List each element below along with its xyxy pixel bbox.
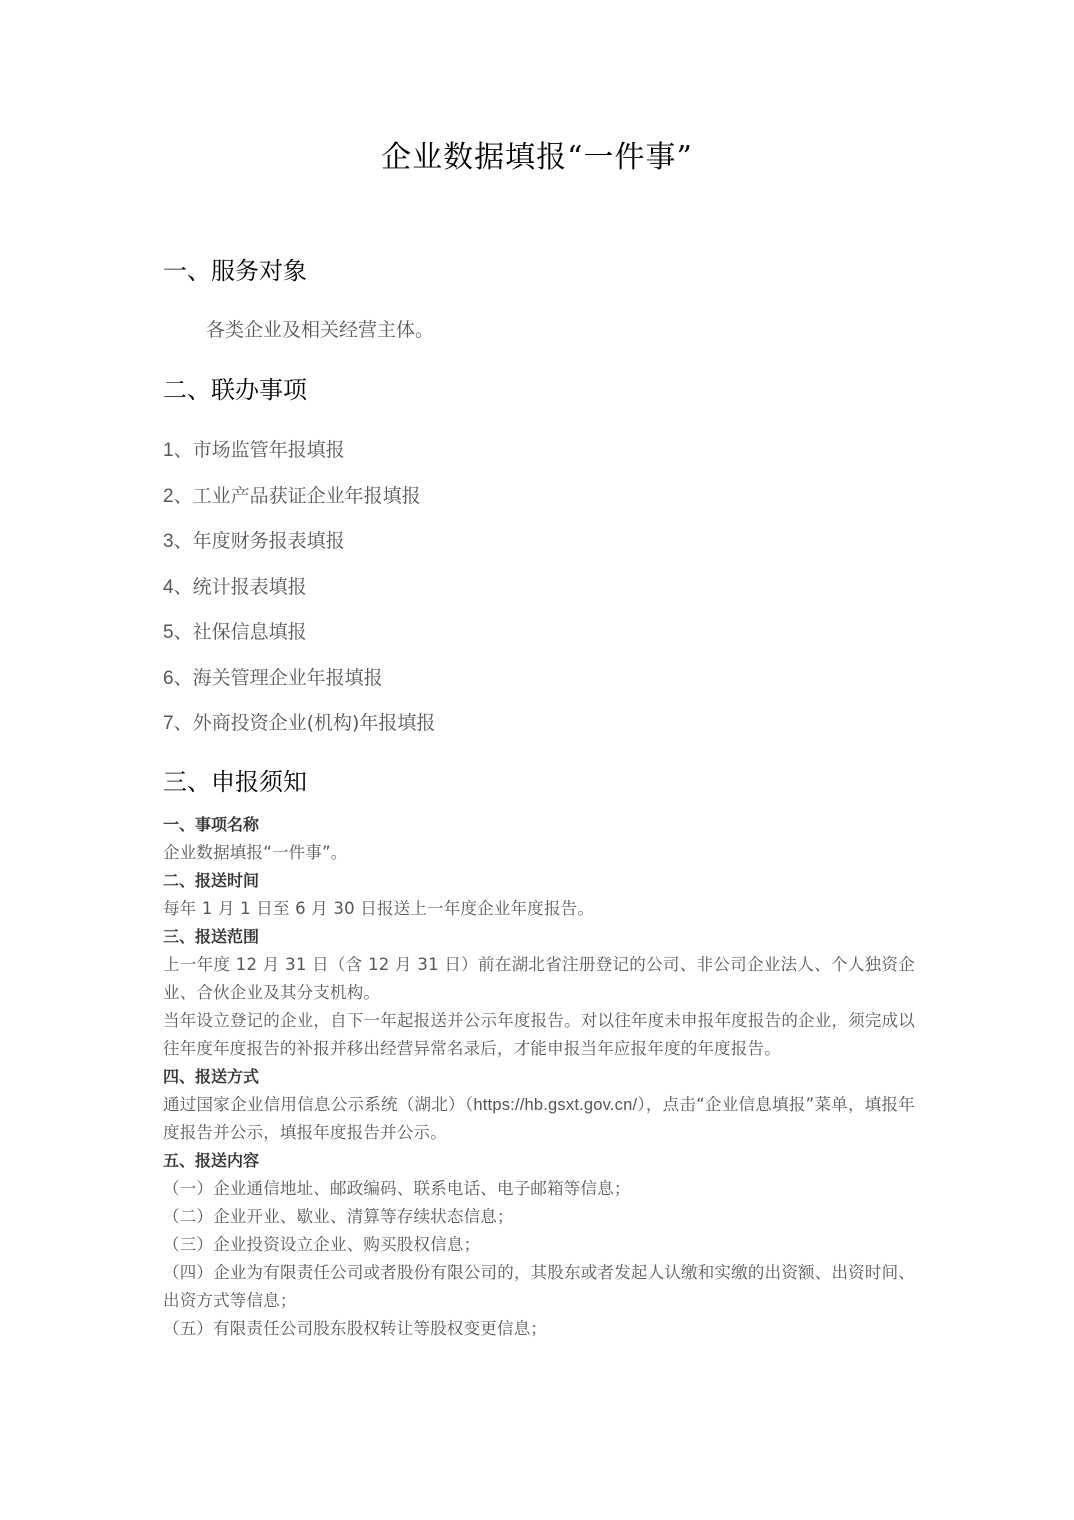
list-item-separator: 、 [174, 576, 193, 598]
list-item-label: 市场监管年报填报 [193, 439, 345, 461]
list-item: 3、年度财务报表填报 [163, 527, 435, 573]
subheading-item-name: 一、事项名称 [163, 811, 915, 839]
list-item: 6、海关管理企业年报填报 [163, 664, 435, 710]
list-item-separator: 、 [174, 712, 193, 734]
section-heading-notice: 三、申报须知 [163, 766, 307, 798]
list-item-separator: 、 [174, 667, 193, 689]
list-item: 4、统计报表填报 [163, 573, 435, 619]
content-item: （一）企业通信地址、邮政编码、联系电话、电子邮箱等信息； [163, 1175, 915, 1203]
list-item-number: 5 [163, 622, 174, 643]
section-heading-service-target: 一、服务对象 [163, 255, 307, 287]
submit-method-text-before: 通过国家企业信用信息公示系统（湖北）（ [163, 1095, 473, 1114]
content-item: （五）有限责任公司股东股权转让等股权变更信息； [163, 1315, 915, 1343]
service-target-text: 各类企业及相关经营主体。 [206, 316, 434, 344]
joint-items-list: 1、市场监管年报填报 2、工业产品获证企业年报填报 3、年度财务报表填报 4、统… [163, 436, 435, 755]
content-item: （四）企业为有限责任公司或者股份有限公司的，其股东或者发起人认缴和实缴的出资额、… [163, 1259, 915, 1315]
list-item-number: 4 [163, 577, 174, 598]
content-item: （三）企业投资设立企业、购买股权信息； [163, 1231, 915, 1259]
list-item-label: 工业产品获证企业年报填报 [193, 485, 421, 507]
submit-method-text: 通过国家企业信用信息公示系统（湖北）（https://hb.gsxt.gov.c… [163, 1091, 915, 1147]
list-item-number: 1 [163, 440, 174, 461]
submit-time-text: 每年 1 月 1 日至 6 月 30 日报送上一年度企业年度报告。 [163, 895, 915, 923]
list-item-label: 外商投资企业(机构)年报填报 [193, 712, 436, 734]
submit-scope-text-2: 当年设立登记的企业，自下一年起报送并公示年度报告。对以往年度未申报年度报告的企业… [163, 1007, 915, 1063]
list-item-separator: 、 [174, 530, 193, 552]
list-item-number: 7 [163, 713, 174, 734]
list-item-label: 年度财务报表填报 [193, 530, 345, 552]
list-item-number: 6 [163, 668, 174, 689]
subheading-submit-method: 四、报送方式 [163, 1063, 915, 1091]
list-item-label: 海关管理企业年报填报 [193, 667, 383, 689]
list-item-separator: 、 [174, 439, 193, 461]
notice-body: 一、事项名称 企业数据填报“一件事”。 二、报送时间 每年 1 月 1 日至 6… [163, 811, 915, 1343]
list-item-number: 3 [163, 531, 174, 552]
list-item-number: 2 [163, 486, 174, 507]
document-page: 企业数据填报“一件事” 一、服务对象 各类企业及相关经营主体。 二、联办事项 1… [0, 0, 1074, 1520]
list-item: 7、外商投资企业(机构)年报填报 [163, 709, 435, 755]
subheading-submit-content: 五、报送内容 [163, 1147, 915, 1175]
subheading-submit-time: 二、报送时间 [163, 867, 915, 895]
list-item: 1、市场监管年报填报 [163, 436, 435, 482]
submit-scope-text-1: 上一年度 12 月 31 日（含 12 月 31 日）前在湖北省注册登记的公司、… [163, 951, 915, 1007]
list-item-separator: 、 [174, 621, 193, 643]
list-item-separator: 、 [174, 485, 193, 507]
list-item: 2、工业产品获证企业年报填报 [163, 482, 435, 528]
section-heading-joint-items: 二、联办事项 [163, 374, 307, 406]
item-name-text: 企业数据填报“一件事”。 [163, 839, 915, 867]
list-item: 5、社保信息填报 [163, 618, 435, 664]
content-item: （二）企业开业、歇业、清算等存续状态信息； [163, 1203, 915, 1231]
gsxt-url-text: https://hb.gsxt.gov.cn/ [473, 1096, 637, 1114]
document-title: 企业数据填报“一件事” [0, 138, 1074, 178]
list-item-label: 统计报表填报 [193, 576, 307, 598]
list-item-label: 社保信息填报 [193, 621, 307, 643]
subheading-submit-scope: 三、报送范围 [163, 923, 915, 951]
